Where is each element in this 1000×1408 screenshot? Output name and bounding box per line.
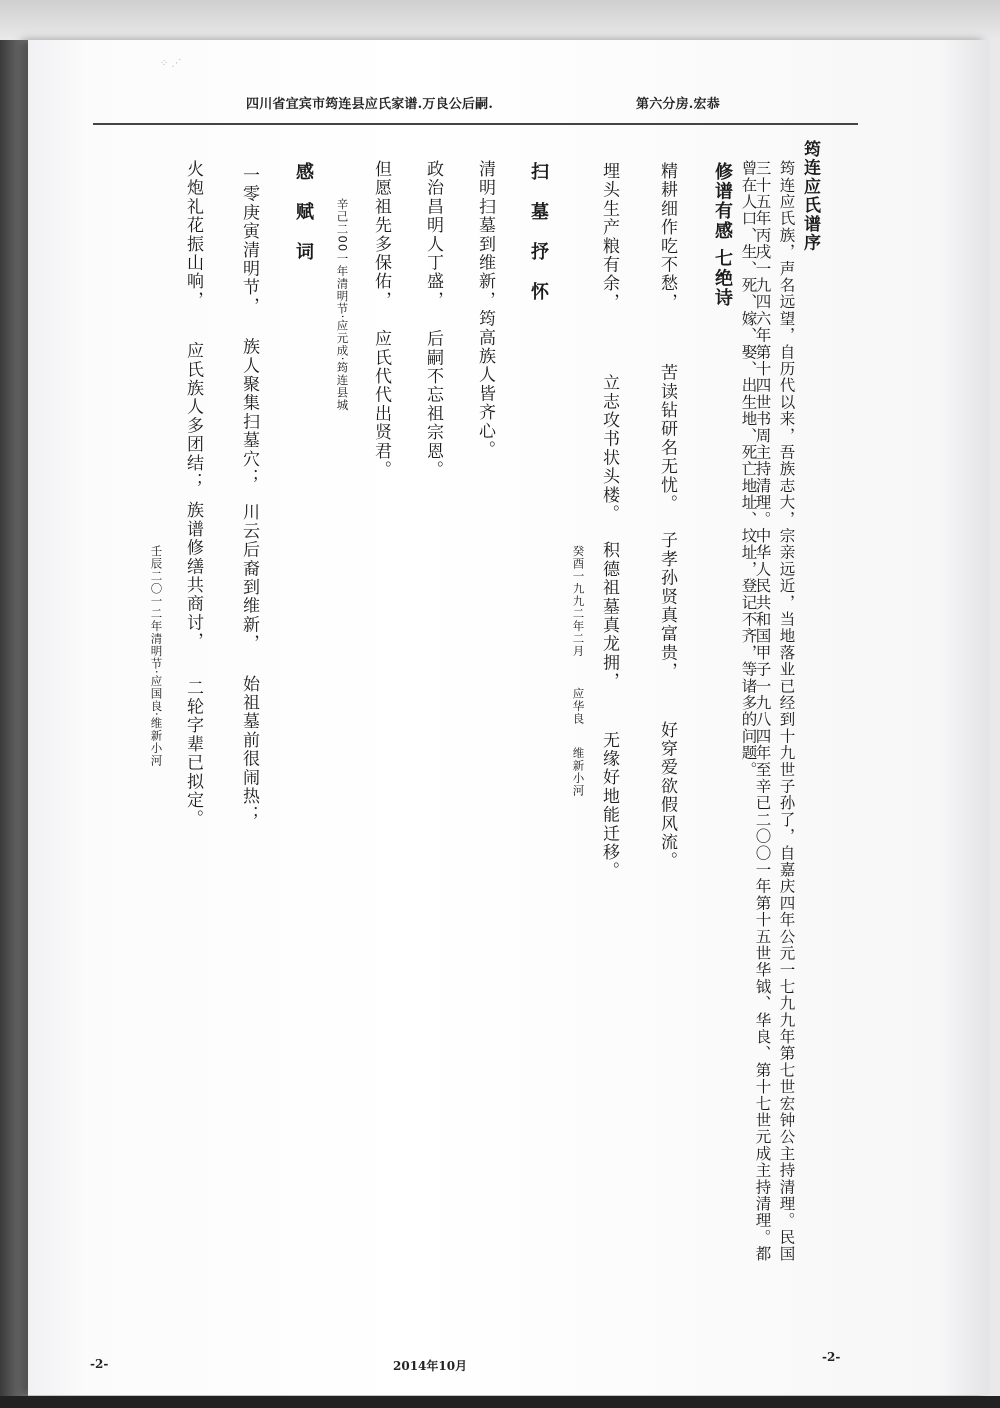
header-branch: 第六分房.宏恭 (636, 93, 720, 112)
poem1-phrase: 精耕细作吃不愁， (657, 162, 677, 312)
poem3-phrase: 二轮字辈已拟定。 (183, 679, 203, 829)
header-title: 四川省宜宾市筠连县应氏家谱.万良公后嗣. (246, 93, 493, 112)
poem3-phrase: 一零庚寅清明节， (239, 166, 259, 316)
poem3-phrase: 火炮礼花振山响， (183, 160, 203, 310)
poem1-phrase: 埋头生产粮有余， (599, 162, 619, 312)
page-number-left: -2- (90, 1357, 108, 1371)
poem1-place: 维新小河 (572, 747, 586, 797)
poem1-phrase: 好穿爱欲假风流。 (657, 721, 677, 871)
poem1-line-2: 埋头生产粮有余，立志攻书状头楼。积德祖墓真龙拥，无缘好地能迁移。 (600, 162, 617, 880)
poem3-signature: 壬辰二〇一二年清明节·应国良·维新小河 (150, 545, 162, 767)
poem2-title: 扫墓抒怀 (529, 162, 547, 322)
poem3-phrase: 川云后裔到维新， (239, 503, 259, 653)
poem1-phrase: 子孝孙贤真富贵， (657, 531, 677, 681)
poem2-phrase: 但愿祖先多保佑， (371, 160, 391, 310)
poem1-date: 癸酉一九九二年二月 (572, 545, 586, 658)
poem3-line-2: 火炮礼花振山响，应氏族人多团结；族谱修缮共商讨，二轮字辈已拟定。 (184, 160, 201, 828)
poem1-phrase: 无缘好地能迁移。 (599, 731, 619, 881)
book-spine-shadow (0, 40, 28, 1408)
poem3-line-1: 一零庚寅清明节，族人聚集扫墓穴；川云后裔到维新，始祖墓前很闹热； (240, 166, 257, 824)
poem1-phrase: 积德祖墓真龙拥， (599, 541, 619, 691)
poem1-phrase: 立志攻书状头楼。 (599, 374, 619, 524)
poem3-title: 感赋词 (294, 162, 312, 282)
preface-line-3: 曾在人口、生、死、嫁、娶、出生地、死亡地址、坟址，登记不齐，等诸多的问题。 (740, 160, 756, 778)
poem3-phrase: 族谱修缮共商讨， (183, 501, 203, 651)
page-number-right: -2- (822, 1350, 840, 1364)
poem2-line-3: 但愿祖先多保佑，应氏代代出贤君。 (372, 160, 389, 479)
poem2-phrase: 政治昌明人丁盛， (423, 160, 443, 310)
poem1-author: 应华良 (572, 688, 586, 726)
poem2-phrase: 筠高族人皆齐心。 (475, 310, 495, 460)
preface-line-1: 筠连应氏族，声名远望，自历代以来，吾族志大，宗亲远近，当地落业已经到十九世子孙了… (778, 160, 794, 1262)
poem3-phrase: 始祖墓前很闹热； (239, 675, 259, 825)
preface-title: 筠连应氏谱序 (801, 140, 818, 252)
document-page (28, 40, 988, 1395)
poem2-phrase: 清明扫墓到维新， (475, 160, 495, 310)
poem3-phrase: 应氏族人多团结； (183, 342, 203, 492)
poem2-line-1: 清明扫墓到维新，筠高族人皆齐心。 (476, 160, 493, 459)
poem1-phrase: 苦读钻研名无忧。 (657, 364, 677, 514)
poem2-phrase: 应氏代代出贤君。 (371, 330, 391, 480)
publish-date: 2014年10月 (393, 1357, 467, 1374)
poem2-signature: 辛己二00一年清明节·应元成·筠连县城 (336, 198, 348, 411)
poem2-line-2: 政治昌明人丁盛，后嗣不忘祖宗恩。 (424, 160, 441, 479)
poem2-phrase: 后嗣不忘祖宗恩。 (423, 330, 443, 480)
scan-bottom-edge (0, 1396, 1000, 1408)
poem1-line-1: 精耕细作吃不愁，苦读钻研名无忧。子孝孙贤真富贵，好穿爱欲假风流。 (658, 162, 675, 870)
faint-stamp-mark: ⁘ ⋰ (160, 58, 182, 69)
poem1-signature: 癸酉一九九二年二月应华良维新小河 (572, 545, 584, 797)
poem3-phrase: 族人聚集扫墓穴； (239, 338, 259, 488)
header-rule (93, 123, 858, 125)
poem1-title: 修谱有感 七绝诗 (713, 162, 731, 308)
